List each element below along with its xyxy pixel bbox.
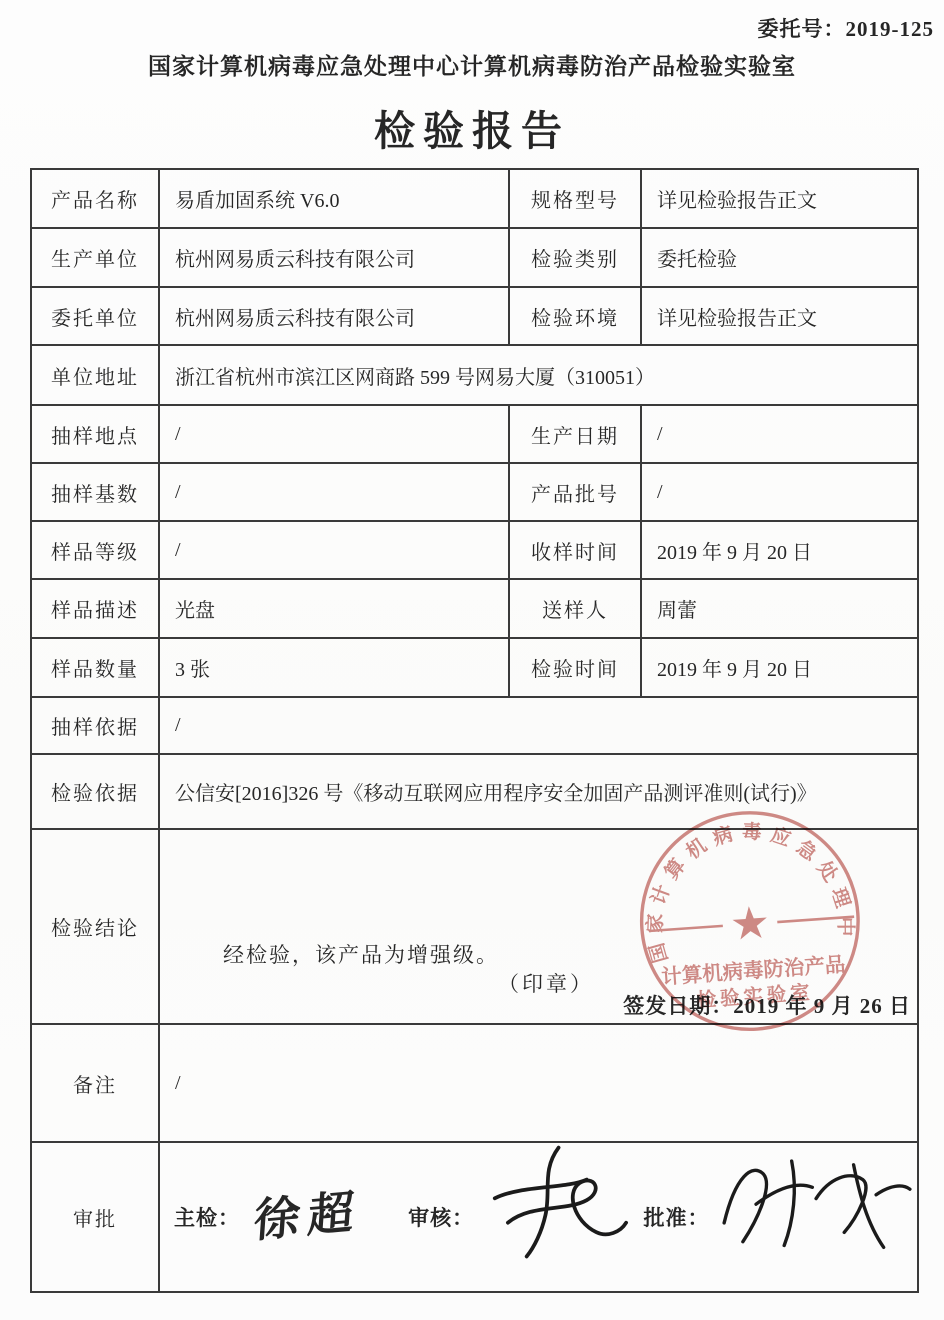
approver-signature [711,1146,916,1268]
field-label: 产品批号 [509,463,641,521]
field-value: 2019 年 9 月 20 日 [641,521,918,579]
reviewer-signature [476,1136,637,1270]
commission-number: 委托号：2019-125 [758,13,935,43]
field-value: 杭州网易质云科技有限公司 [159,287,509,345]
field-value: 2019 年 9 月 20 日 [641,638,918,697]
field-label: 审批 [31,1142,159,1292]
field-value: 周蕾 [641,579,918,638]
field-label: 检验类别 [509,228,641,287]
field-value: / [159,463,509,521]
table-row: 抽样依据 / [31,697,918,754]
approver-label: 批准： [643,1202,709,1232]
field-value: 杭州网易质云科技有限公司 [159,228,509,287]
issue-date: 签发日期：2019 年 9 月 26 日 [623,990,911,1020]
lab-name: 国家计算机病毒应急处理中心计算机病毒防治产品检验实验室 [0,48,944,81]
field-label: 样品描述 [31,579,159,638]
field-value: 详见检验报告正文 [641,169,918,228]
report-title: 检验报告 [0,98,944,157]
field-value: 浙江省杭州市滨江区网商路 599 号网易大厦（310051） [159,345,918,405]
field-label: 产品名称 [31,169,159,228]
table-row: 单位地址 浙江省杭州市滨江区网商路 599 号网易大厦（310051） [31,345,918,405]
conclusion-row: 检验结论 经检验，该产品为增强级。 （印章） 签发日期：2019 年 9 月 2… [31,829,918,1024]
field-label: 样品数量 [31,638,159,697]
field-label: 抽样依据 [31,697,159,754]
conclusion-text: 经检验，该产品为增强级。 [223,939,916,969]
table-row: 生产单位 杭州网易质云科技有限公司 检验类别 委托检验 [31,228,918,287]
field-value: 光盘 [159,579,509,638]
table-row: 样品数量 3 张 检验时间 2019 年 9 月 20 日 [31,638,918,697]
field-value: 易盾加固系统 V6.0 [159,169,509,228]
table-row: 委托单位 杭州网易质云科技有限公司 检验环境 详见检验报告正文 [31,287,918,345]
field-label: 检验依据 [31,754,159,829]
seal-placeholder-note: （印章） [498,968,594,998]
field-label: 备注 [31,1024,159,1142]
field-label: 检验时间 [509,638,641,697]
field-value: 公信安[2016]326 号《移动互联网应用程序安全加固产品测评准则(试行)》 [159,754,918,829]
field-value: / [159,521,509,579]
field-value: 3 张 [159,638,509,697]
table-row: 样品等级 / 收样时间 2019 年 9 月 20 日 [31,521,918,579]
table-row: 抽样基数 / 产品批号 / [31,463,918,521]
chief-inspector-signature: 徐超 [252,1171,406,1251]
remarks-row: 备注 / [31,1024,918,1142]
field-label: 抽样地点 [31,405,159,463]
field-label: 检验环境 [509,287,641,345]
field-label: 检验结论 [31,829,159,1024]
field-label: 样品等级 [31,521,159,579]
field-value: 详见检验报告正文 [641,287,918,345]
field-label: 生产日期 [509,405,641,463]
inspection-report-page: 委托号：2019-125 国家计算机病毒应急处理中心计算机病毒防治产品检验实验室… [0,0,944,1320]
table-row: 样品描述 光盘 送样人 周蕾 [31,579,918,638]
field-label: 单位地址 [31,345,159,405]
table-row: 产品名称 易盾加固系统 V6.0 规格型号 详见检验报告正文 [31,169,918,228]
field-value: / [159,405,509,463]
chief-inspector-label: 主检： [174,1202,240,1232]
table-row: 检验依据 公信安[2016]326 号《移动互联网应用程序安全加固产品测评准则(… [31,754,918,829]
field-label: 规格型号 [509,169,641,228]
field-value: 委托检验 [641,228,918,287]
reviewer-label: 审核： [408,1202,474,1232]
table-row: 抽样地点 / 生产日期 / [31,405,918,463]
field-value: / [641,463,918,521]
approval-row: 审批 主检： 徐超 审核： 批准： [31,1142,918,1292]
approval-cell: 主检： 徐超 审核： 批准： [159,1142,918,1292]
field-label: 抽样基数 [31,463,159,521]
field-label: 委托单位 [31,287,159,345]
remarks-value: / [159,1024,918,1142]
field-value: / [641,405,918,463]
field-label: 收样时间 [509,521,641,579]
report-table: 产品名称 易盾加固系统 V6.0 规格型号 详见检验报告正文 生产单位 杭州网易… [30,168,919,1293]
field-label: 送样人 [509,579,641,638]
conclusion-cell: 经检验，该产品为增强级。 （印章） 签发日期：2019 年 9 月 26 日 [159,829,918,1024]
field-value: / [159,697,918,754]
field-label: 生产单位 [31,228,159,287]
